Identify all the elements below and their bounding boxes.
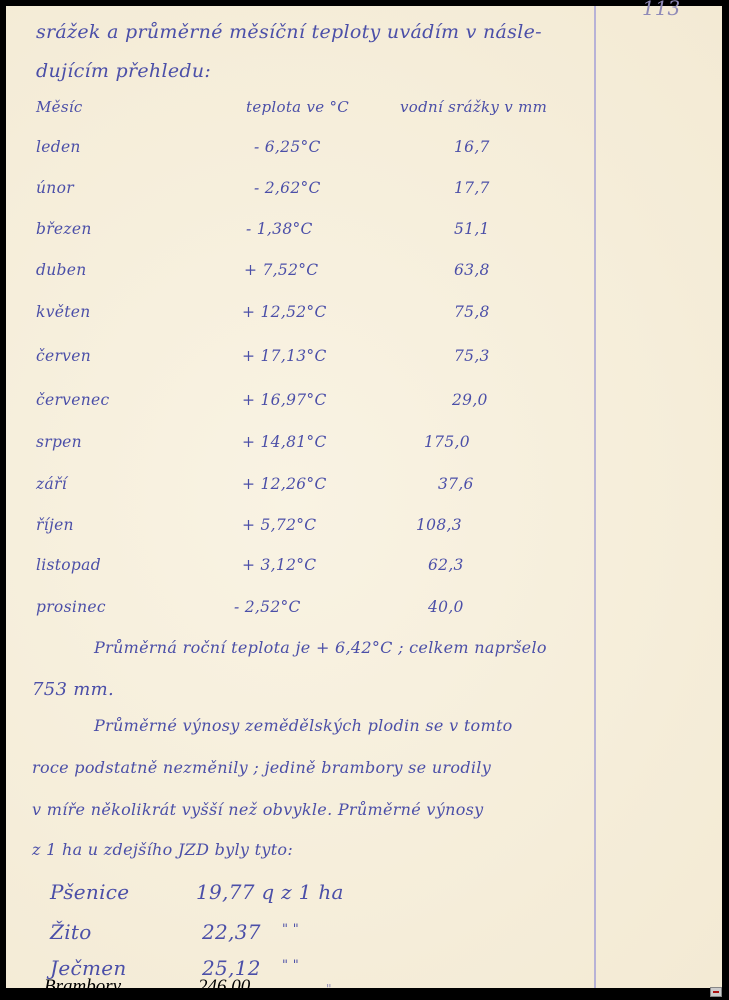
yields-line-4: z 1 ha u zdejšího JZD byly tyto: (32, 840, 293, 859)
crop-ditto: " " (282, 922, 299, 937)
crop-value: 19,77 q z 1 ha (196, 880, 344, 904)
month-cell: březen (36, 220, 92, 238)
typed-ditto: " (326, 982, 332, 996)
crop-name: Žito (50, 920, 92, 944)
rain-cell: 108,3 (416, 516, 462, 534)
rain-cell: 51,1 (454, 220, 490, 238)
month-cell: srpen (36, 433, 82, 451)
intro-line-1: srážek a průměrné měsíční teploty uvádím… (36, 21, 542, 43)
rain-cell: 75,3 (454, 347, 490, 365)
rain-cell: 16,7 (454, 138, 490, 156)
rain-cell: 29,0 (452, 391, 488, 409)
temp-cell: + 5,72°C (242, 516, 316, 534)
month-cell: září (36, 475, 67, 493)
temp-cell: + 14,81°C (242, 433, 327, 451)
temp-cell: - 2,52°C (234, 598, 301, 616)
minimize-icon[interactable] (710, 987, 722, 997)
month-cell: prosinec (36, 598, 106, 616)
rain-cell: 75,8 (454, 303, 490, 321)
yields-line-2: roce podstatně nezměnily ; jedině brambo… (32, 758, 491, 777)
temp-cell: + 12,26°C (242, 475, 327, 493)
temp-cell: + 16,97°C (242, 391, 327, 409)
summary-line-1: Průměrná roční teplota je + 6,42°C ; cel… (94, 638, 547, 657)
page-number: 113 (642, 0, 680, 20)
header-rain: vodní srážky v mm (400, 98, 547, 116)
intro-line-2: dujícím přehledu: (36, 60, 211, 82)
temp-cell: - 6,25°C (254, 138, 321, 156)
month-cell: květen (36, 303, 91, 321)
temp-cell: + 12,52°C (242, 303, 327, 321)
crop-ditto: " " (282, 958, 299, 973)
rain-cell: 175,0 (424, 433, 470, 451)
temp-cell: - 1,38°C (246, 220, 313, 238)
month-cell: listopad (36, 556, 101, 574)
rain-cell: 40,0 (428, 598, 464, 616)
typed-crop-value: 246.00 (198, 976, 250, 998)
temp-cell: + 3,12°C (242, 556, 316, 574)
typed-crop-name: Brambory (44, 976, 121, 998)
month-cell: duben (36, 261, 86, 279)
crop-name: Pšenice (50, 880, 129, 904)
rain-cell: 62,3 (428, 556, 464, 574)
margin-line (594, 6, 596, 988)
month-cell: červenec (36, 391, 109, 409)
document-page: 113 srážek a průměrné měsíční teploty uv… (6, 6, 722, 988)
summary-line-2: 753 mm. (32, 679, 114, 700)
month-cell: leden (36, 138, 81, 156)
yields-line-3: v míře několikrát vyšší než obvykle. Prů… (32, 800, 483, 819)
crop-value: 22,37 (202, 920, 261, 944)
month-cell: únor (36, 179, 74, 197)
header-temp: teplota ve °C (246, 98, 349, 116)
rain-cell: 63,8 (454, 261, 490, 279)
temp-cell: + 7,52°C (244, 261, 318, 279)
month-cell: říjen (36, 516, 74, 534)
month-cell: červen (36, 347, 91, 365)
rain-cell: 37,6 (438, 475, 474, 493)
yields-line-1: Průměrné výnosy zemědělských plodin se v… (94, 716, 513, 735)
header-month: Měsíc (36, 98, 83, 116)
rain-cell: 17,7 (454, 179, 490, 197)
temp-cell: - 2,62°C (254, 179, 321, 197)
temp-cell: + 17,13°C (242, 347, 327, 365)
